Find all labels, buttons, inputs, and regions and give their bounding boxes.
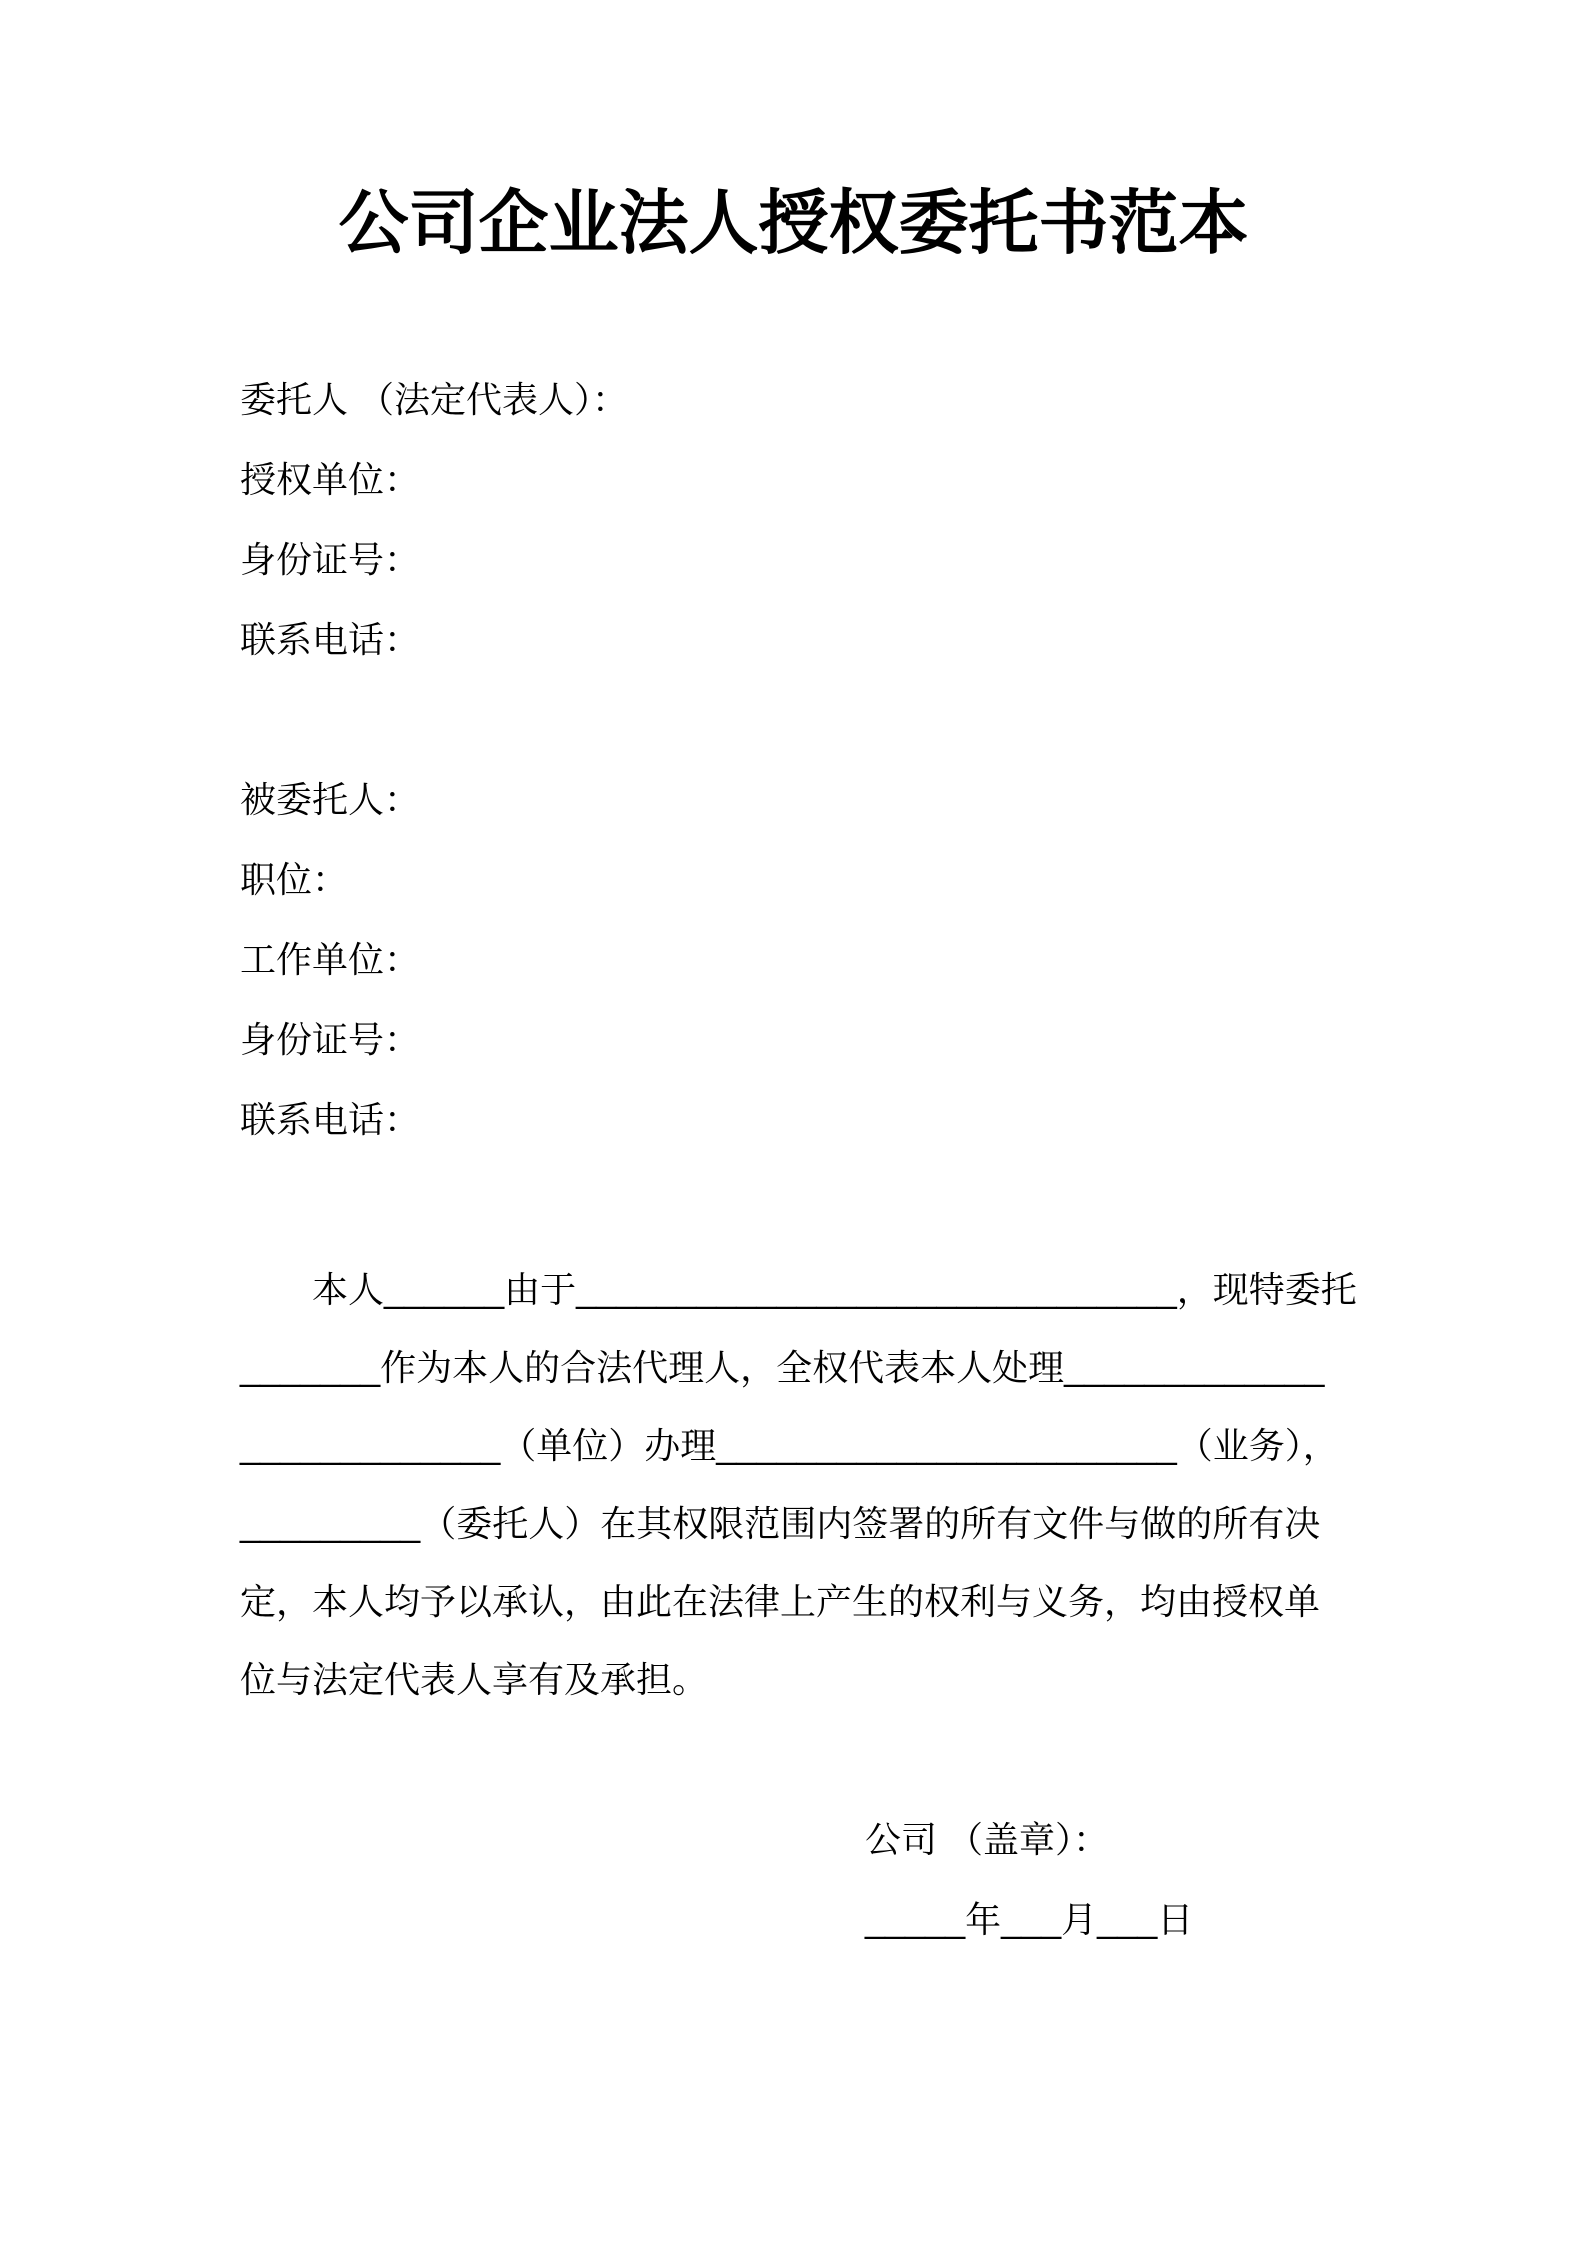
paragraph-line: _______作为本人的合法代理人，全权代表本人处理_____________: [240, 1329, 1370, 1407]
document-title: 公司企业法人授权委托书范本: [0, 178, 1587, 269]
field-agent-id-number: 身份证号：: [240, 1000, 420, 1080]
field-agent-work-unit: 工作单位：: [240, 920, 420, 1000]
company-seal-label: 公司 （盖章）：: [865, 1800, 1193, 1880]
agent-section: 被委托人： 职位： 工作单位： 身份证号： 联系电话：: [240, 760, 420, 1160]
field-authorizing-unit: 授权单位：: [240, 440, 628, 520]
field-principal-id-number: 身份证号：: [240, 520, 628, 600]
paragraph-line: 定，本人均予以承认，由此在法律上产生的权利与义务，均由授权单: [240, 1563, 1370, 1641]
signature-section: 公司 （盖章）： _____年___月___日: [865, 1800, 1193, 1960]
paragraph-line: _____________（单位）办理_____________________…: [240, 1407, 1370, 1485]
paragraph-line: 本人______由于______________________________…: [240, 1251, 1370, 1329]
field-agent-position: 职位：: [240, 840, 420, 920]
document-page: 公司企业法人授权委托书范本 委托人 （法定代表人）： 授权单位： 身份证号： 联…: [0, 0, 1587, 2245]
field-agent-phone: 联系电话：: [240, 1080, 420, 1160]
field-principal-phone: 联系电话：: [240, 600, 628, 680]
field-principal-name: 委托人 （法定代表人）：: [240, 360, 628, 440]
paragraph-line: _________（委托人）在其权限范围内签署的所有文件与做的所有决: [240, 1485, 1370, 1563]
principal-section: 委托人 （法定代表人）： 授权单位： 身份证号： 联系电话：: [240, 360, 628, 680]
date-fill-in-line: _____年___月___日: [865, 1880, 1193, 1960]
field-agent-name: 被委托人：: [240, 760, 420, 840]
paragraph-line: 位与法定代表人享有及承担。: [240, 1641, 1370, 1719]
authorization-paragraph: 本人______由于______________________________…: [240, 1251, 1370, 1719]
